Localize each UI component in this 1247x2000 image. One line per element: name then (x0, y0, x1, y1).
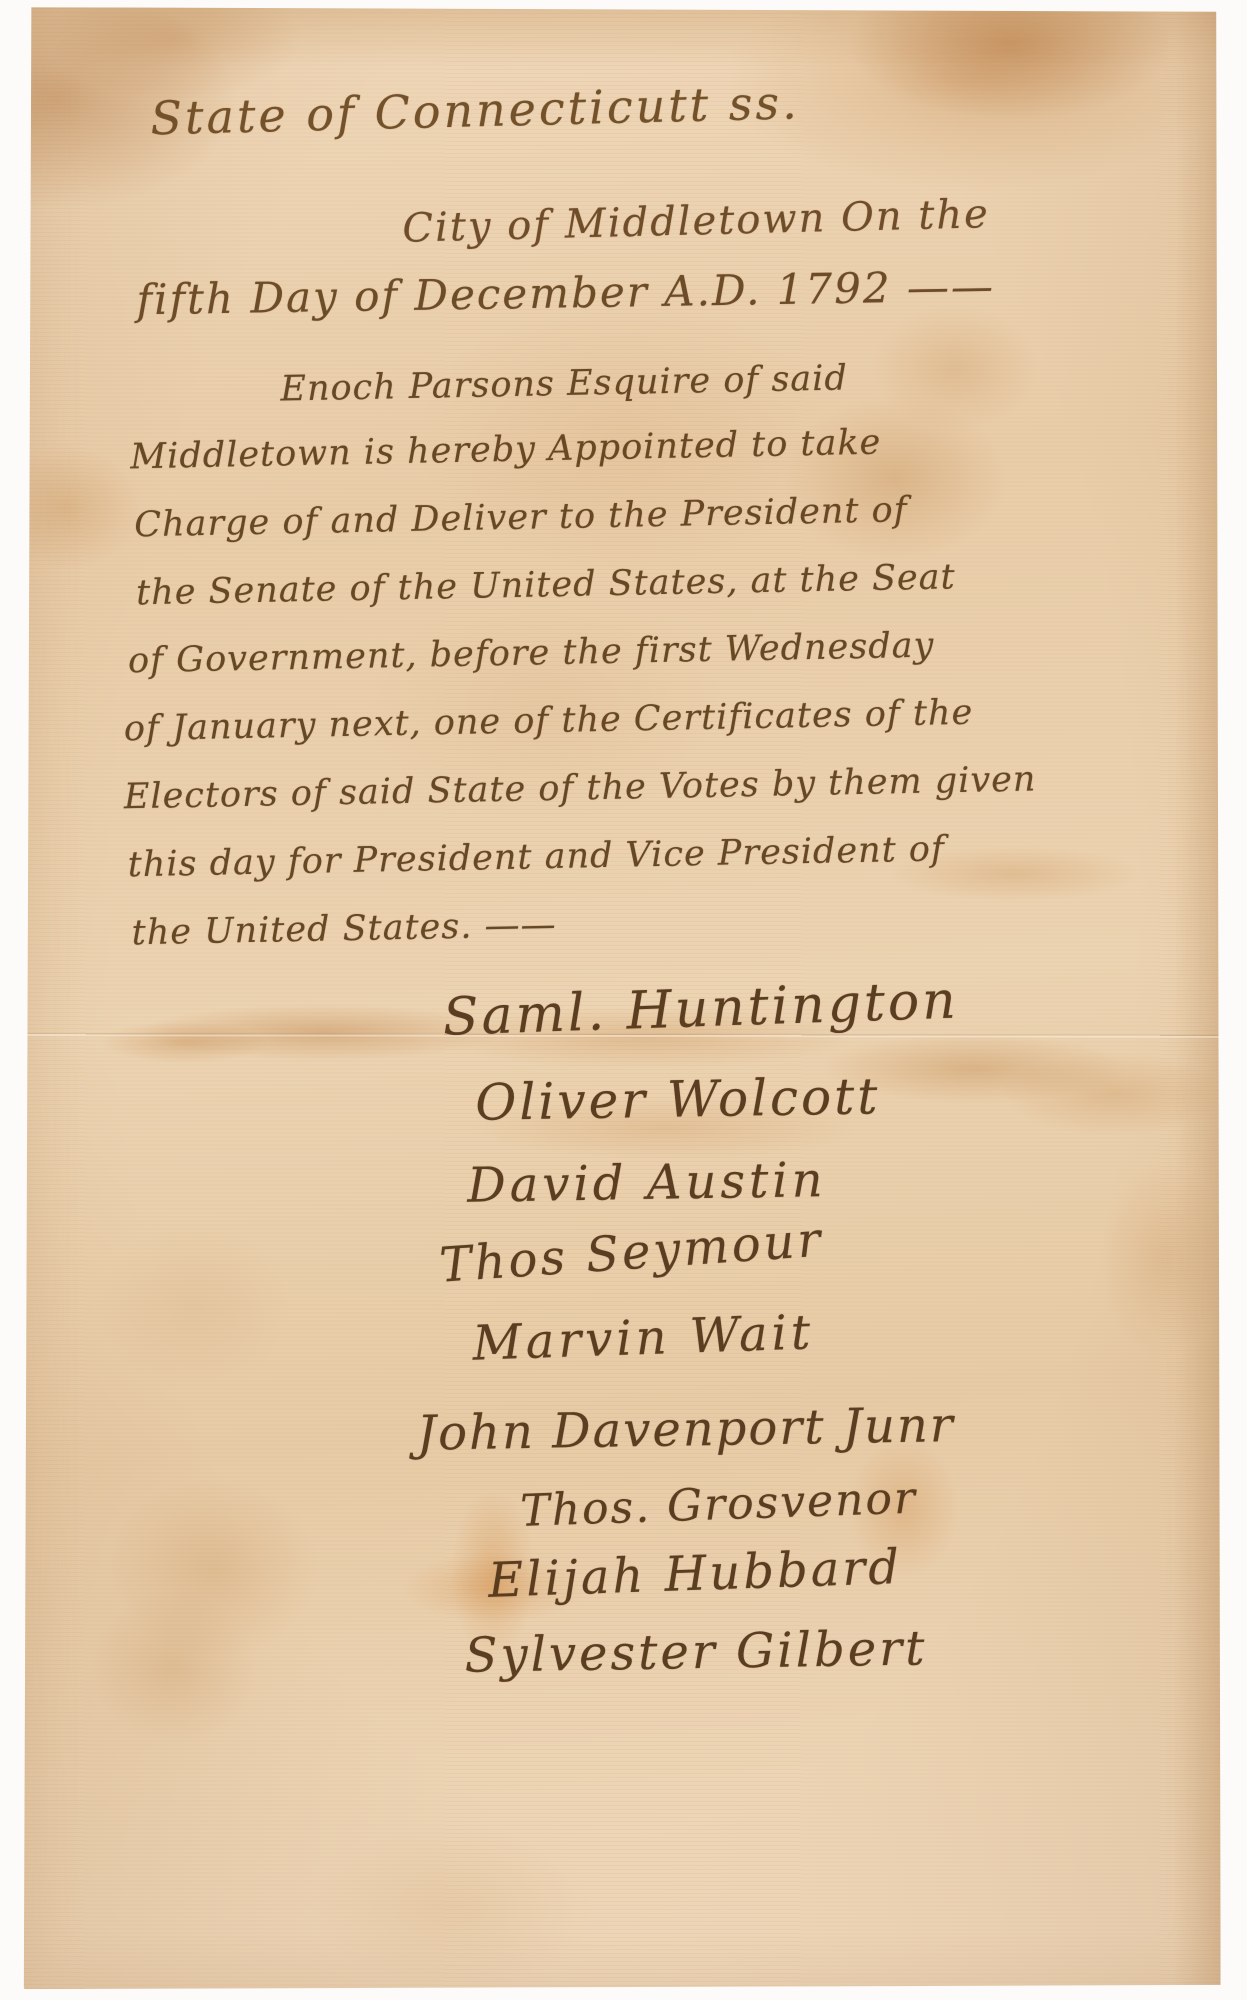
manuscript-page: State of Connecticutt ss. City of Middle… (23, 7, 1224, 1991)
signature-grosvenor: Thos. Grosvenor (520, 1473, 918, 1537)
body-line: Enoch Parsons Esquire of said (280, 358, 848, 409)
signature-seymour: Thos Seymour (438, 1212, 825, 1294)
body-line: Middletown is hereby Appointed to take (130, 423, 882, 478)
heading-city-line: City of Middletown On the (402, 191, 990, 252)
signature-gilbert: Sylvester Gilbert (464, 1620, 928, 1683)
heading-date-line: fifth Day of December A.D. 1792 —— (136, 262, 995, 325)
signature-wolcott: Oliver Wolcott (475, 1067, 881, 1131)
signature-austin: David Austin (467, 1152, 827, 1214)
body-line: the United States. —— (131, 905, 557, 953)
body-line: of January next, one of the Certificates… (124, 693, 974, 750)
signature-wait: Marvin Wait (472, 1304, 815, 1371)
photo-background: State of Connecticutt ss. City of Middle… (0, 0, 1247, 2000)
body-paragraph: Enoch Parsons Esquire of said Middletown… (25, 7, 1223, 9)
body-line: Charge of and Deliver to the President o… (134, 490, 908, 545)
body-line: of Government, before the first Wednesda… (128, 626, 935, 682)
body-line: this day for President and Vice Presiden… (127, 829, 945, 885)
signature-hubbard: Elijah Hubbard (487, 1539, 903, 1609)
heading-state-line: State of Connecticutt ss. (150, 75, 800, 145)
signature-davenport: John Davenport Junr (416, 1397, 955, 1462)
body-line: the Senate of the United States, at the … (136, 557, 956, 613)
signature-block: Saml. Huntington Oliver Wolcott David Au… (25, 7, 1223, 9)
body-line: Electors of said State of the Votes by t… (123, 759, 1036, 817)
